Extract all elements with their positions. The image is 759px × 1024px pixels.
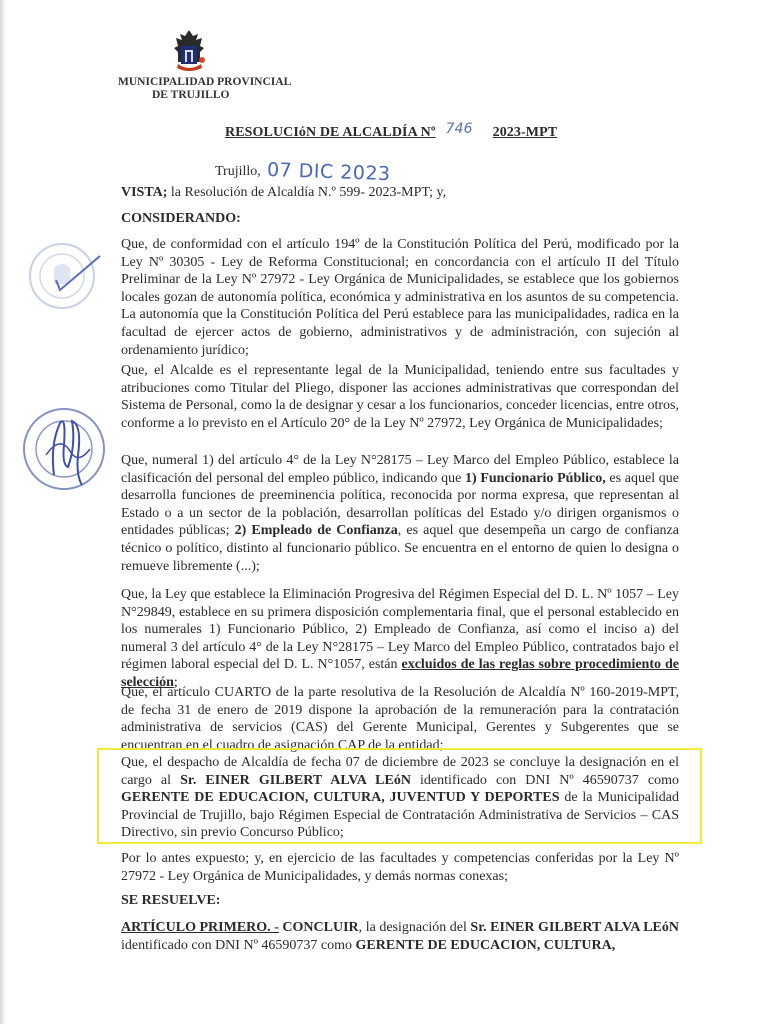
vista-line: VISTA; la Resolución de Alcaldía N.º 599…: [121, 185, 446, 201]
considerando-paragraph-1: Que, de conformidad con el artículo 194º…: [121, 236, 679, 359]
handwritten-resolution-number: 746: [446, 121, 473, 137]
verb-concluir: CONCLUIR: [279, 920, 359, 935]
text: , la designación del: [359, 920, 471, 935]
resolution-title: RESOLUCIóN DE ALCALDÍA Nº7462023-MPT: [225, 124, 557, 141]
por-lo-expuesto-paragraph: Por lo antes expuesto; y, en ejercicio d…: [121, 850, 679, 885]
institution-name: MUNICIPALIDAD PROVINCIAL DE TRUJILLO: [118, 76, 291, 102]
vista-text: la Resolución de Alcaldía N.º 599- 2023-…: [167, 185, 446, 200]
considerando-paragraph-3: Que, numeral 1) del artículo 4° de la Le…: [121, 452, 679, 575]
institution-line-1: MUNICIPALIDAD PROVINCIAL: [118, 76, 291, 89]
person-name: Sr. EINER GILBERT ALVA LEóN: [180, 773, 411, 788]
secretaria-general-seal-signature-icon: [20, 405, 110, 493]
bold-term-empleado: 2) Empleado de Confianza: [235, 523, 398, 538]
title-suffix: 2023-MPT: [493, 125, 558, 140]
city: Trujillo,: [215, 164, 261, 179]
bold-term-funcionario: 1) Funcionario Público,: [465, 471, 606, 486]
text: identificado con DNI Nº 46590737 como: [411, 773, 679, 788]
considerando-paragraph-4: Que, la Ley que establece la Eliminación…: [121, 586, 679, 692]
considerando-paragraph-5: Que, el artículo CUARTO de la parte reso…: [121, 684, 679, 754]
title-prefix: RESOLUCIóN DE ALCALDÍA Nº: [225, 125, 436, 140]
se-resuelve-heading: SE RESUELVE:: [121, 893, 220, 909]
considerando-heading: CONSIDERANDO:: [121, 211, 241, 227]
date-stamp: 07 DIC 2023: [266, 159, 390, 185]
vista-label: VISTA;: [121, 185, 167, 200]
page-edge-shadow: [0, 0, 6, 1024]
position-title: GERENTE DE EDUCACION, CULTURA,: [356, 938, 616, 953]
person-name: Sr. EINER GILBERT ALVA LEóN: [470, 920, 679, 935]
articulo-label: ARTÍCULO PRIMERO. -: [121, 920, 279, 935]
considerando-paragraph-6-highlighted: Que, el despacho de Alcaldía de fecha 07…: [121, 754, 679, 842]
municipal-coat-of-arms-icon: [168, 28, 210, 74]
place-date: Trujillo,07 DIC 2023: [215, 158, 390, 180]
articulo-primero: ARTÍCULO PRIMERO. - CONCLUIR, la designa…: [121, 919, 679, 954]
institution-line-2: DE TRUJILLO: [118, 89, 291, 102]
considerando-paragraph-2: Que, el Alcalde es el representante lega…: [121, 362, 679, 432]
seal-stamp-with-checkmark-icon: [26, 238, 102, 314]
text: identificado con DNI Nº 46590737 como: [121, 938, 356, 953]
position-title: GERENTE DE EDUCACION, CULTURA, JUVENTUD …: [121, 790, 560, 805]
